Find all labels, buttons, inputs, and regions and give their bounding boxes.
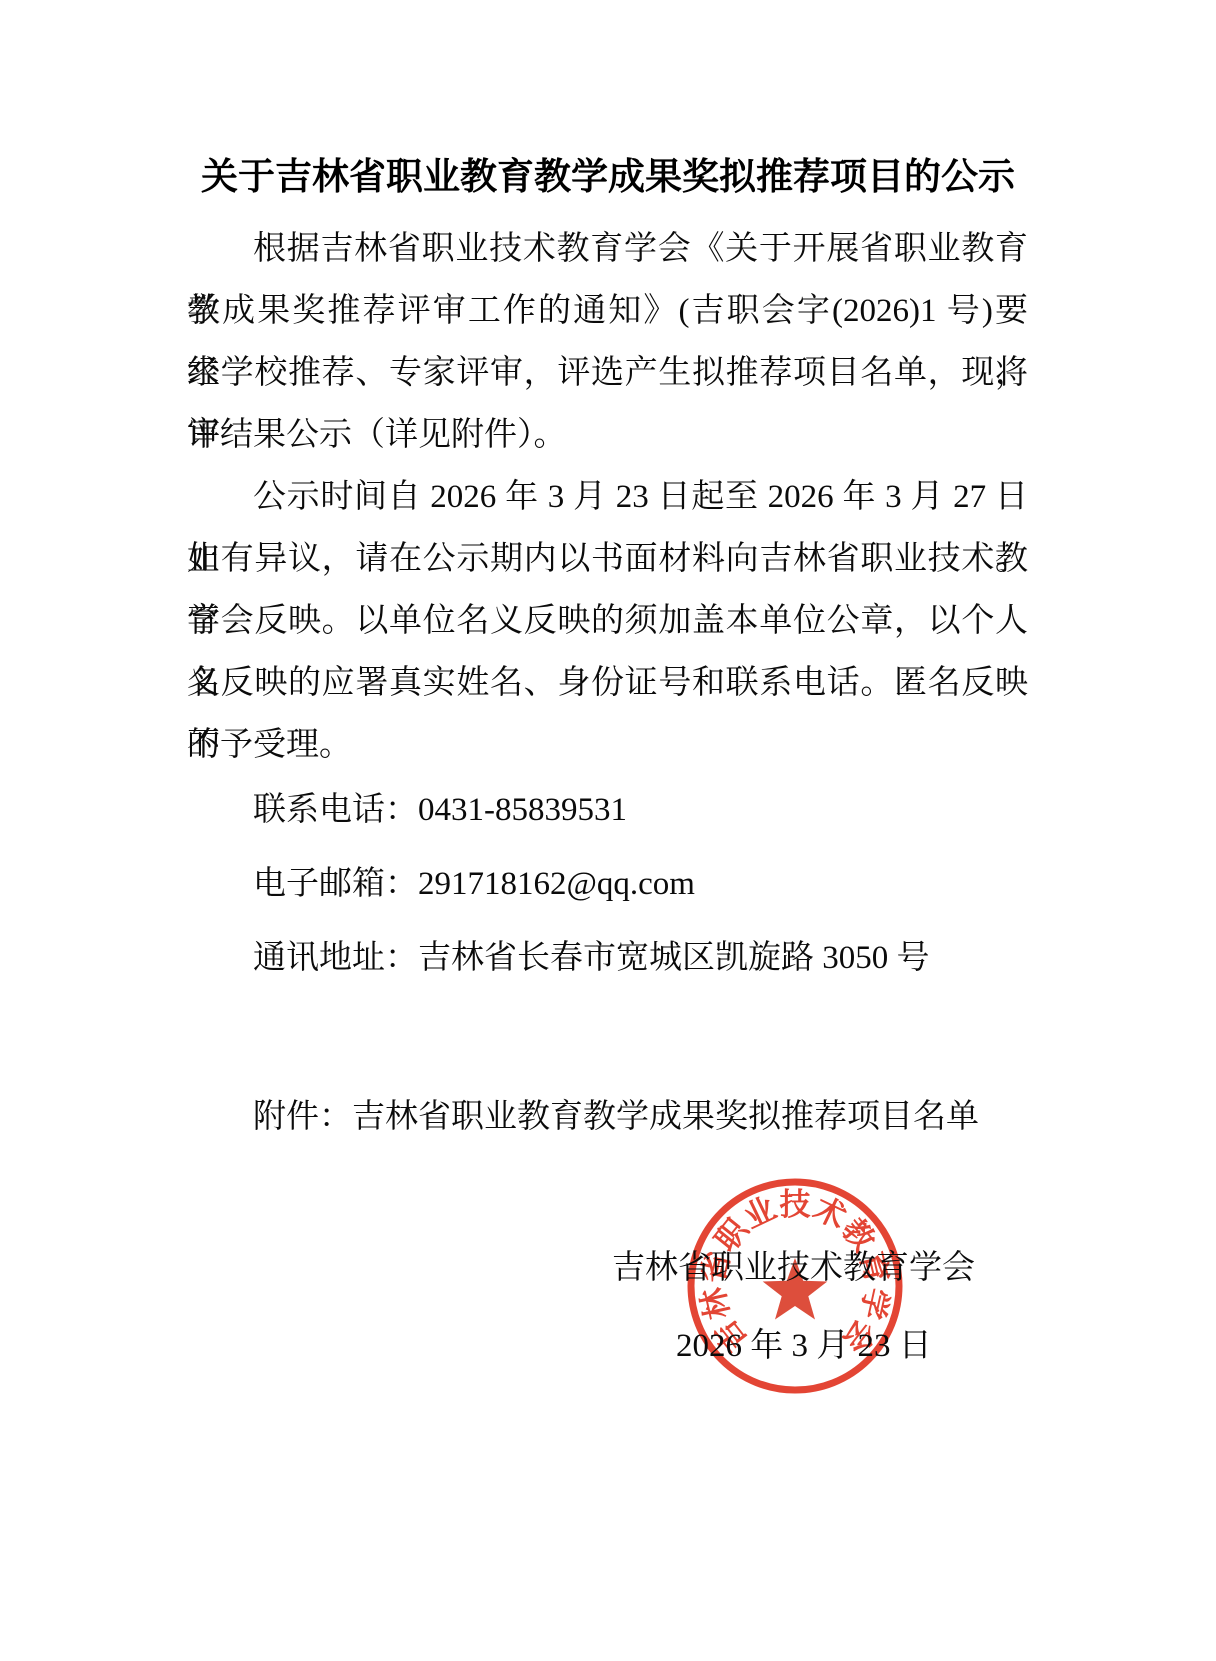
paragraph-2-line: 义反映的应署真实姓名、身份证号和联系电话。匿名反映的 <box>187 652 1028 714</box>
contact-address-line: 通讯地址：吉林省长春市宽城区凯旋路 3050 号 <box>187 921 1028 995</box>
paragraph-2-line: 如有异议，请在公示期内以书面材料向吉林省职业技术教育 <box>187 528 1028 590</box>
body-paragraphs: 根据吉林省职业技术教育学会《关于开展省职业教育教学成果奖推荐评审工作的通知》(吉… <box>187 218 1028 776</box>
paragraph-2-line: 公示时间自 2026 年 3 月 23 日起至 2026 年 3 月 27 日止… <box>187 466 1028 528</box>
paragraph-1-line: 根据吉林省职业技术教育学会《关于开展省职业教育教 <box>187 218 1028 280</box>
contact-email-line: 电子邮箱：291718162@qq.com <box>187 847 1028 921</box>
page-title: 关于吉林省职业教育教学成果奖拟推荐项目的公示 <box>0 146 1216 200</box>
paragraph-2-line: 不予受理。 <box>187 714 1028 776</box>
paragraph-1-line: 经学校推荐、专家评审，评选产生拟推荐项目名单，现将评 <box>187 342 1028 404</box>
address-label: 通讯地址： <box>253 940 418 976</box>
paragraph-2-line: 学会反映。以单位名义反映的须加盖本单位公章，以个人名 <box>187 590 1028 652</box>
seal-arc-char: 技 <box>780 1187 811 1222</box>
paragraph-1-line: 审结果公示（详见附件）。 <box>187 404 1028 466</box>
signature-organization: 吉林省职业技术教育学会 <box>612 1250 975 1286</box>
paragraph-1-line: 学成果奖推荐评审工作的通知》(吉职会字(2026)1 号)要求， <box>187 280 1028 342</box>
address-value: 吉林省长春市宽城区凯旋路 3050 号 <box>418 940 930 976</box>
contact-phone-line: 联系电话：0431-85839531 <box>187 773 1028 847</box>
email-label: 电子邮箱： <box>253 866 418 902</box>
seal-arc-char: 林 <box>695 1284 736 1323</box>
document-page: 关于吉林省职业教育教学成果奖拟推荐项目的公示 根据吉林省职业技术教育学会《关于开… <box>0 0 1216 1661</box>
attachment-line: 附件：吉林省职业教育教学成果奖拟推荐项目名单 <box>187 1086 1153 1148</box>
signature-date: 2026 年 3 月 23 日 <box>676 1328 932 1364</box>
contact-block: 联系电话：0431-85839531 电子邮箱：291718162@qq.com… <box>187 773 1028 995</box>
email-value: 291718162@qq.com <box>418 866 695 902</box>
phone-value: 0431-85839531 <box>418 792 627 828</box>
phone-label: 联系电话： <box>253 792 418 828</box>
